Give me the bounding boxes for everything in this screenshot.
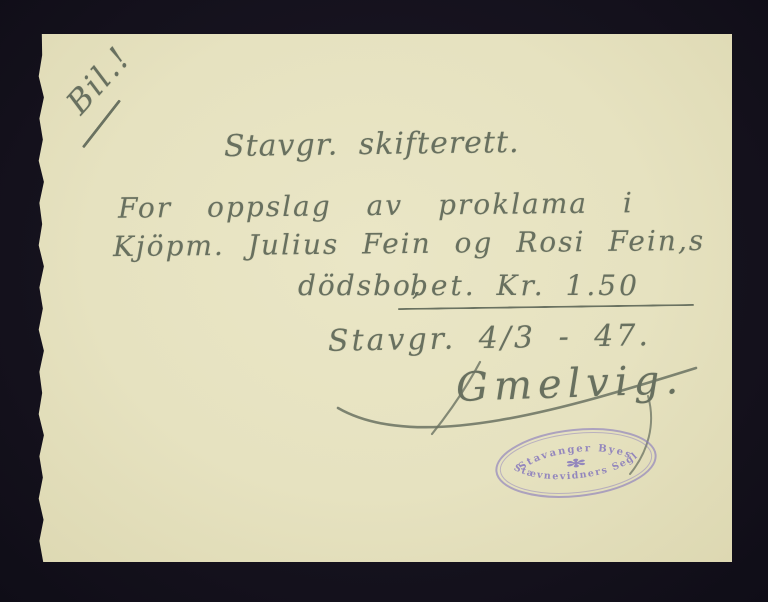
- signature: Gmelvig.: [455, 360, 684, 408]
- annotation-bil: Bil.!: [61, 41, 136, 120]
- photo-background: Bil.! Stavgr. skifterett. For oppslag av…: [0, 0, 768, 602]
- oval-ink-stamp: Stavanger Byes Stævnevidners Segl ✻: [486, 415, 665, 511]
- amount-paid: bet. Kr. 1.50: [410, 272, 640, 300]
- body-line-3-word: dödsbo,: [298, 272, 423, 300]
- place-date-line: Stavgr. 4/3 - 47.: [328, 321, 651, 357]
- body-line-2: Kjöpm. Julius Fein og Rosi Fein,s: [113, 227, 705, 261]
- body-line-1: For oppslag av proklama i: [118, 189, 634, 222]
- paper: Bil.! Stavgr. skifterett. For oppslag av…: [38, 34, 732, 562]
- stamp-ornament-icon: ✻: [565, 456, 587, 471]
- amount-underline-mark: [398, 304, 694, 310]
- document-title: Stavgr. skifterett.: [224, 128, 520, 162]
